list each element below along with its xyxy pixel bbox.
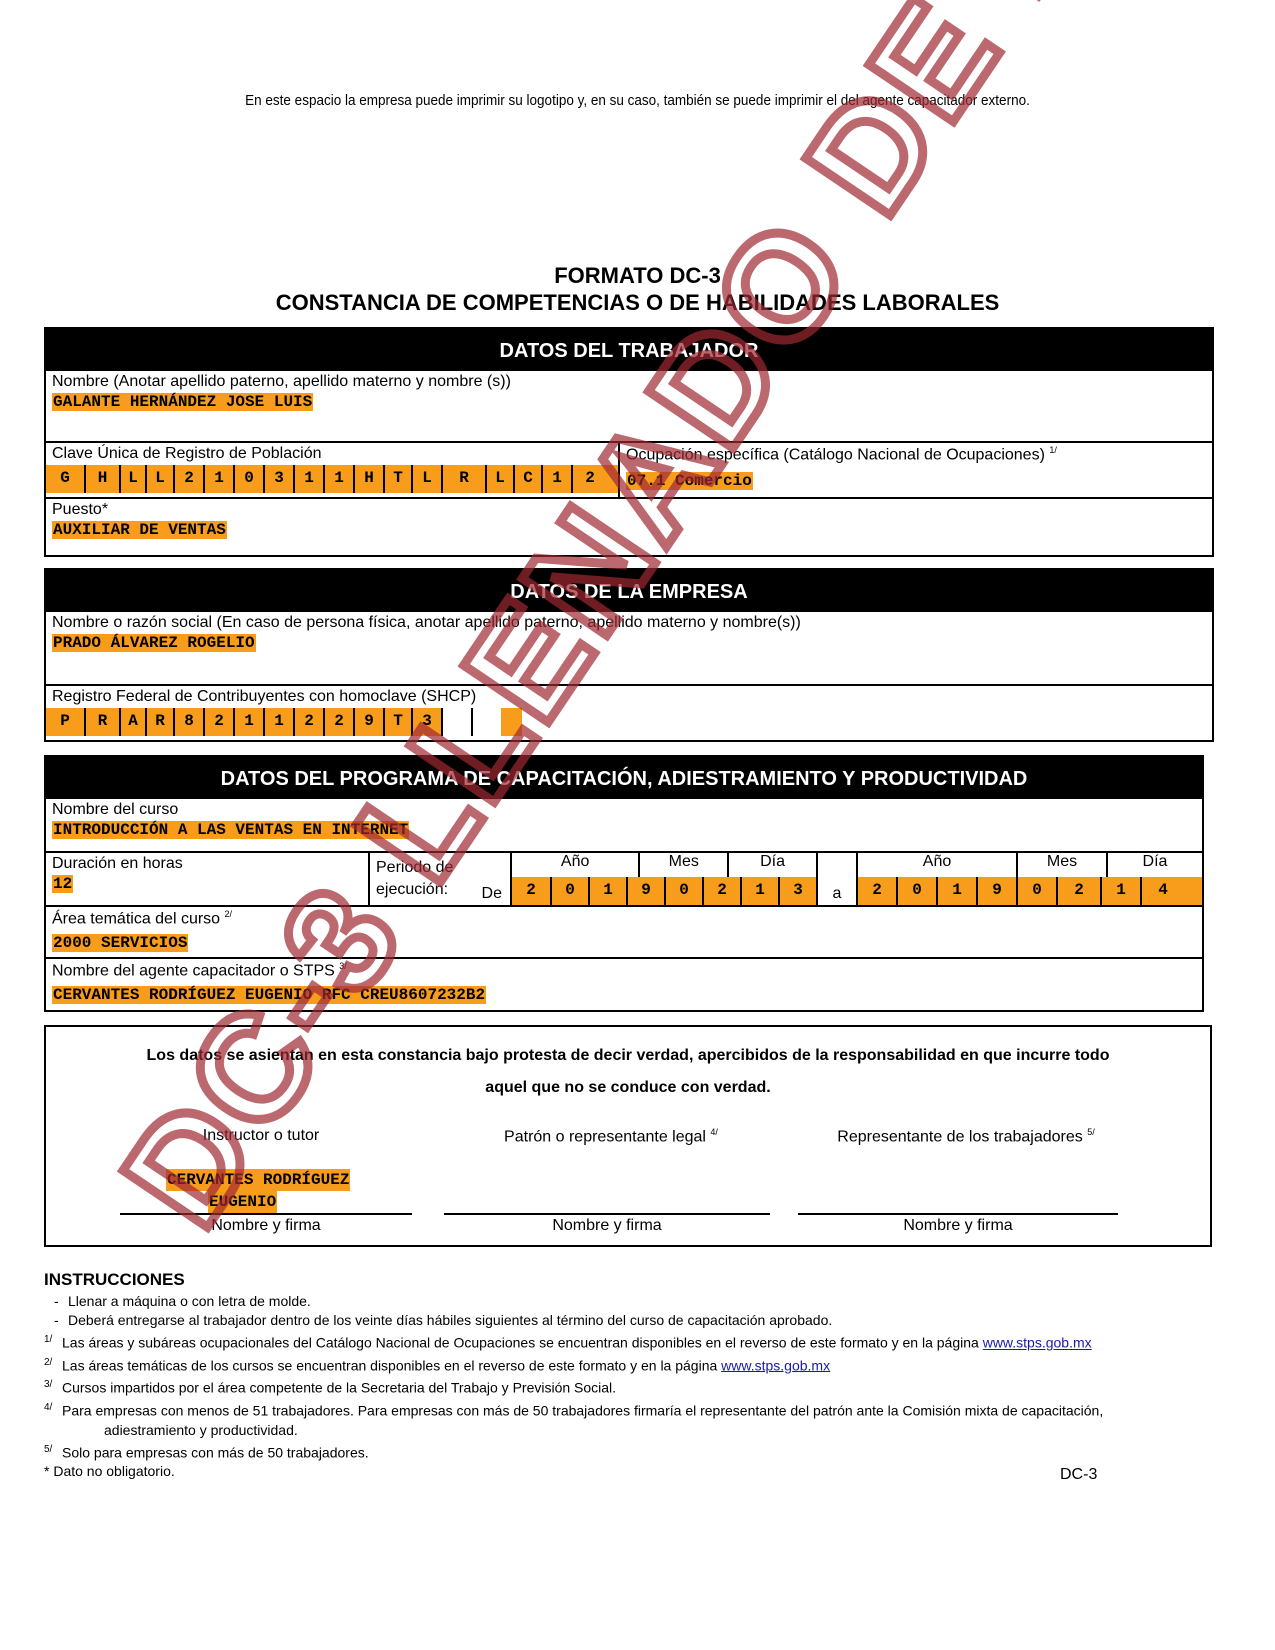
optional-field-note: * Dato no obligatorio.: [44, 1462, 1144, 1481]
char-box[interactable]: 2: [1056, 877, 1100, 905]
char-box[interactable]: 3: [263, 465, 293, 493]
declaration-line-1: Los datos se asientan en esta constancia…: [46, 1047, 1210, 1065]
char-box[interactable]: 2: [293, 708, 323, 736]
area-label: Área temática del curso 2/: [46, 907, 1202, 930]
area-field[interactable]: 2000 SERVICIOS: [52, 934, 188, 952]
char-box[interactable]: 1: [740, 877, 778, 905]
worker-section-header: DATOS DEL TRABAJADOR: [46, 329, 1212, 371]
char-box[interactable]: P: [46, 708, 84, 736]
company-name-field[interactable]: PRADO ÁLVAREZ ROGELIO: [52, 634, 256, 652]
workers-signature-line: [798, 1213, 1118, 1215]
char-box[interactable]: 8: [173, 708, 203, 736]
char-box[interactable]: 2: [702, 877, 740, 905]
curp-field[interactable]: GHLL210311HTLRLC12: [46, 465, 618, 493]
to-date: Año Mes Día 20190214: [858, 853, 1202, 905]
char-box[interactable]: 1: [541, 465, 571, 493]
instructions: INSTRUCCIONES -Llenar a máquina o con le…: [44, 1270, 1144, 1481]
to-label: a: [818, 885, 856, 903]
char-box[interactable]: 2: [858, 877, 896, 905]
signature-section: Los datos se asientan en esta constancia…: [44, 1025, 1212, 1247]
char-box[interactable]: 9: [626, 877, 664, 905]
stps-link[interactable]: www.stps.gob.mx: [721, 1357, 830, 1373]
position-label: Puesto*: [46, 499, 1212, 521]
company-name-row: Nombre o razón social (En caso de person…: [46, 612, 1212, 684]
worker-name-label: Nombre (Anotar apellido paterno, apellid…: [46, 371, 1212, 393]
occupation-field[interactable]: 07.1 Comercio: [626, 472, 753, 490]
char-box[interactable]: [471, 708, 501, 736]
char-box[interactable]: 0: [233, 465, 263, 493]
from-label: De: [482, 885, 502, 903]
char-box[interactable]: 3: [411, 708, 441, 736]
position-field[interactable]: AUXILIAR DE VENTAS: [52, 521, 227, 539]
instruction-item: 1/Las áreas y subáreas ocupacionales del…: [44, 1330, 1144, 1353]
char-box[interactable]: R: [145, 708, 173, 736]
program-section-header: DATOS DEL PROGRAMA DE CAPACITACIÓN, ADIE…: [46, 757, 1202, 799]
program-section: DATOS DEL PROGRAMA DE CAPACITACIÓN, ADIE…: [44, 755, 1204, 1012]
char-box[interactable]: 1: [588, 877, 626, 905]
duration-label: Duración en horas: [46, 853, 368, 875]
instruction-item: 4/Para empresas con menos de 51 trabajad…: [44, 1398, 1144, 1421]
char-box[interactable]: 1: [233, 708, 263, 736]
char-box[interactable]: L: [411, 465, 441, 493]
company-section: DATOS DE LA EMPRESA Nombre o razón socia…: [44, 568, 1214, 742]
logo-placeholder-note: En este espacio la empresa puede imprimi…: [64, 92, 1212, 109]
char-box[interactable]: 9: [976, 877, 1016, 905]
char-box[interactable]: H: [353, 465, 383, 493]
char-box[interactable]: T: [383, 708, 411, 736]
declaration-line-2: aquel que no se conduce con verdad.: [46, 1079, 1210, 1097]
agent-label: Nombre del agente capacitador o STPS 3/: [46, 959, 1202, 982]
char-box[interactable]: 2: [173, 465, 203, 493]
company-name-label: Nombre o razón social (En caso de person…: [46, 612, 1212, 634]
instructor-signature-line: [120, 1213, 412, 1215]
char-box[interactable]: H: [84, 465, 119, 493]
company-section-header: DATOS DE LA EMPRESA: [46, 570, 1212, 612]
from-date: Año Mes Día 20190213: [512, 853, 816, 905]
from-date-field[interactable]: 20190213: [512, 877, 816, 905]
agent-row: Nombre del agente capacitador o STPS 3/ …: [46, 957, 1202, 1010]
char-box[interactable]: 0: [664, 877, 702, 905]
rfc-label: Registro Federal de Contribuyentes con h…: [46, 686, 1212, 708]
course-label: Nombre del curso: [46, 799, 1202, 821]
worker-curp-row: Clave Única de Registro de Población GHL…: [46, 441, 1212, 497]
worker-section: DATOS DEL TRABAJADOR Nombre (Anotar apel…: [44, 327, 1214, 557]
char-box[interactable]: 3: [778, 877, 816, 905]
char-box[interactable]: G: [46, 465, 84, 493]
instructor-signature-caption: Nombre y firma: [120, 1217, 412, 1235]
occupation-label: Ocupación específica (Catálogo Nacional …: [620, 443, 1212, 466]
char-box[interactable]: C: [513, 465, 541, 493]
form-title: FORMATO DC-3: [0, 263, 1275, 289]
company-rfc-row: Registro Federal de Contribuyentes con h…: [46, 684, 1212, 740]
char-box[interactable]: 1: [263, 708, 293, 736]
duration-field[interactable]: 12: [52, 875, 73, 893]
instruction-item: 3/Cursos impartidos por el área competen…: [44, 1375, 1144, 1398]
employer-signature-caption: Nombre y firma: [444, 1217, 770, 1235]
char-box[interactable]: R: [441, 465, 485, 493]
char-box[interactable]: 1: [323, 465, 353, 493]
char-box[interactable]: 1: [1100, 877, 1140, 905]
char-box[interactable]: 2: [512, 877, 550, 905]
instruction-item: -Deberá entregarse al trabajador dentro …: [44, 1311, 1144, 1330]
char-box[interactable]: L: [145, 465, 173, 493]
char-box[interactable]: 0: [896, 877, 936, 905]
char-box[interactable]: 2: [203, 708, 233, 736]
instructions-heading: INSTRUCCIONES: [44, 1270, 1144, 1290]
char-box[interactable]: T: [383, 465, 411, 493]
worker-name-field[interactable]: GALANTE HERNÁNDEZ JOSE LUIS: [52, 393, 313, 411]
char-box[interactable]: R: [84, 708, 119, 736]
instruction-item-continued: adiestramiento y productividad.: [44, 1421, 1144, 1440]
employer-signature-line: [444, 1213, 770, 1215]
form-code: DC-3: [1060, 1466, 1097, 1484]
char-box[interactable]: 0: [1016, 877, 1056, 905]
char-box[interactable]: 9: [353, 708, 383, 736]
agent-field[interactable]: CERVANTES RODRÍGUEZ EUGENIO RFC CREU8607…: [52, 986, 486, 1004]
char-box[interactable]: 1: [293, 465, 323, 493]
instruction-item: 5/Solo para empresas con más de 50 traba…: [44, 1440, 1144, 1463]
instructor-name-field[interactable]: CERVANTES RODRÍGUEZ EUGENIO: [166, 1169, 350, 1213]
char-box[interactable]: [441, 708, 471, 736]
char-box[interactable]: L: [485, 465, 513, 493]
char-box[interactable]: 4: [1140, 877, 1184, 905]
signer-workers-title: Representante de los trabajadores 5/: [801, 1127, 1131, 1146]
char-box[interactable]: 2: [323, 708, 353, 736]
course-field[interactable]: INTRODUCCIÓN A LAS VENTAS EN INTERNET: [52, 821, 409, 839]
worker-position-row: Puesto* AUXILIAR DE VENTAS: [46, 497, 1212, 553]
char-box[interactable]: A: [119, 708, 145, 736]
curp-label: Clave Única de Registro de Población: [46, 443, 618, 465]
stps-link[interactable]: www.stps.gob.mx: [983, 1335, 1092, 1351]
form-subtitle: CONSTANCIA DE COMPETENCIAS O DE HABILIDA…: [0, 290, 1275, 316]
worker-name-row: Nombre (Anotar apellido paterno, apellid…: [46, 371, 1212, 441]
area-row: Área temática del curso 2/ 2000 SERVICIO…: [46, 905, 1202, 957]
char-box[interactable]: 1: [203, 465, 233, 493]
char-box[interactable]: L: [119, 465, 145, 493]
workers-signature-caption: Nombre y firma: [798, 1217, 1118, 1235]
signer-employer-title: Patrón o representante legal 4/: [446, 1127, 776, 1146]
to-date-field[interactable]: 20190214: [858, 877, 1202, 905]
char-box[interactable]: 0: [550, 877, 588, 905]
instruction-item: -Llenar a máquina o con letra de molde.: [44, 1292, 1144, 1311]
char-box[interactable]: 2: [571, 465, 607, 493]
char-box[interactable]: 1: [936, 877, 976, 905]
instruction-item: 2/Las áreas temáticas de los cursos se e…: [44, 1353, 1144, 1376]
course-row: Nombre del curso INTRODUCCIÓN A LAS VENT…: [46, 799, 1202, 851]
signer-instructor-title: Instructor o tutor: [116, 1127, 406, 1145]
rfc-field[interactable]: PRAR8211229T3: [46, 708, 522, 736]
duration-period-row: Duración en horas 12 Periodo deejecución…: [46, 851, 1202, 905]
